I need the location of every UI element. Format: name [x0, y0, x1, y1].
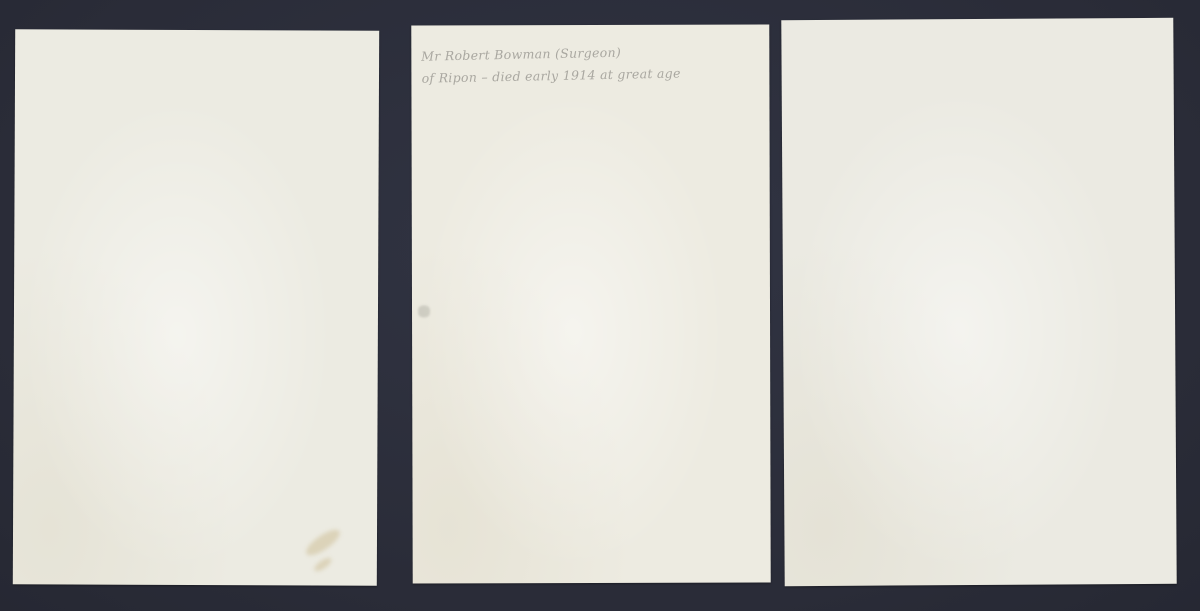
foxing-stain: [303, 525, 344, 559]
pencil-smudge: [418, 305, 430, 317]
paper-sheet-right: [781, 18, 1176, 586]
inscription-line-2: of Ripon – died early 1914 at great age: [421, 63, 681, 90]
paper-sheet-middle: Mr Robert Bowman (Surgeon) of Ripon – di…: [411, 25, 770, 584]
foxing-stain: [312, 556, 333, 574]
handwritten-inscription: Mr Robert Bowman (Surgeon) of Ripon – di…: [421, 41, 681, 90]
paper-sheet-left: [13, 29, 379, 586]
